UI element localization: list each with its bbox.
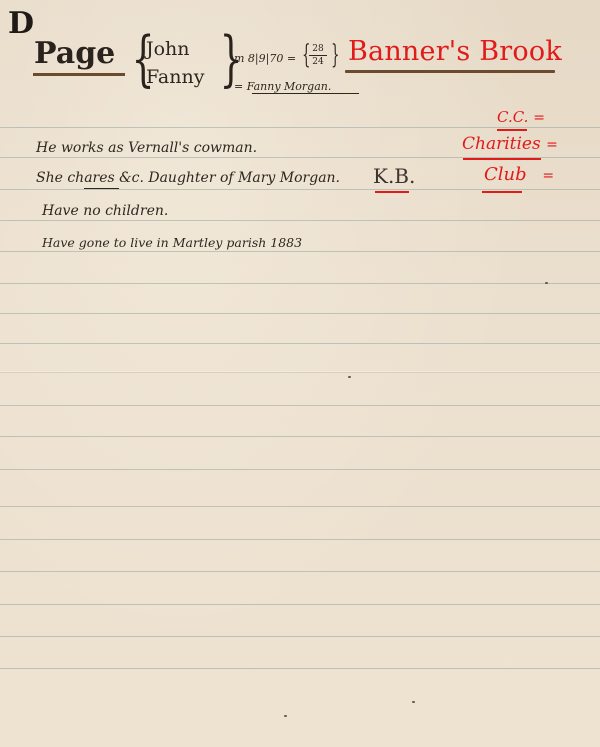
charities-equals: = bbox=[546, 137, 558, 153]
ruled-line bbox=[0, 571, 600, 572]
ruled-line bbox=[0, 405, 600, 406]
ruled-line bbox=[0, 436, 600, 437]
husband-age: 28 bbox=[312, 44, 323, 54]
ages-divider bbox=[309, 55, 327, 56]
cc-equals: = bbox=[533, 110, 545, 126]
paper-speck bbox=[412, 701, 415, 703]
marriage-date: m 8|9|70 = bbox=[234, 52, 296, 65]
ages-right-brace: } bbox=[331, 40, 339, 70]
cc-label: C.C. bbox=[497, 108, 528, 126]
place-name: Banner's Brook bbox=[348, 36, 562, 67]
ruled-line bbox=[0, 189, 600, 190]
cc-underline bbox=[497, 129, 527, 131]
note-occupation-wife: She chares &c. Daughter of Mary Morgan. bbox=[36, 170, 340, 186]
club-underline bbox=[482, 191, 522, 193]
given-name-wife: Fanny bbox=[146, 66, 204, 88]
paper-speck bbox=[284, 715, 287, 717]
charities-underline bbox=[463, 158, 541, 160]
marriage-ages: 28 24 bbox=[305, 44, 331, 67]
index-letter: D bbox=[8, 6, 34, 41]
note-children: Have no children. bbox=[42, 203, 168, 219]
wife-age: 24 bbox=[312, 57, 323, 67]
note-occupation-husband: He works as Vernall's cowman. bbox=[36, 140, 257, 156]
ruled-line bbox=[0, 220, 600, 221]
chares-underline bbox=[84, 188, 119, 189]
ruled-line bbox=[0, 506, 600, 507]
club-label: Club bbox=[484, 164, 527, 185]
ruled-line bbox=[0, 283, 600, 284]
ruled-line bbox=[0, 127, 600, 128]
ruled-line bbox=[0, 251, 600, 252]
maiden-name-underline bbox=[252, 93, 359, 94]
note-moved: Have gone to live in Martley parish 1883 bbox=[42, 235, 302, 250]
charities-label: Charities bbox=[462, 134, 541, 154]
maiden-name: = Fanny Morgan. bbox=[234, 80, 331, 93]
ruled-line bbox=[0, 636, 600, 637]
ruled-line bbox=[0, 313, 600, 314]
ruled-line bbox=[0, 604, 600, 605]
club-equals: = bbox=[542, 168, 554, 184]
ruled-line bbox=[0, 343, 600, 344]
given-name-husband: John bbox=[146, 38, 190, 60]
place-underline bbox=[345, 70, 555, 73]
paper-speck bbox=[348, 376, 351, 378]
paper-fold bbox=[0, 371, 600, 373]
charities-annotation: Charities = bbox=[462, 134, 558, 154]
surname: Page bbox=[34, 36, 115, 71]
ruled-line bbox=[0, 668, 600, 669]
club-annotation: Club = bbox=[484, 164, 554, 185]
ledger-page: D Page { John Fanny } m 8|9|70 = { 28 24… bbox=[0, 0, 600, 747]
kb-label: K.B. bbox=[373, 164, 415, 188]
cc-annotation: C.C. = bbox=[497, 108, 545, 126]
ruled-line bbox=[0, 539, 600, 540]
paper-speck bbox=[545, 282, 548, 284]
ruled-line bbox=[0, 469, 600, 470]
surname-underline bbox=[33, 73, 125, 76]
kb-underline bbox=[375, 191, 409, 193]
